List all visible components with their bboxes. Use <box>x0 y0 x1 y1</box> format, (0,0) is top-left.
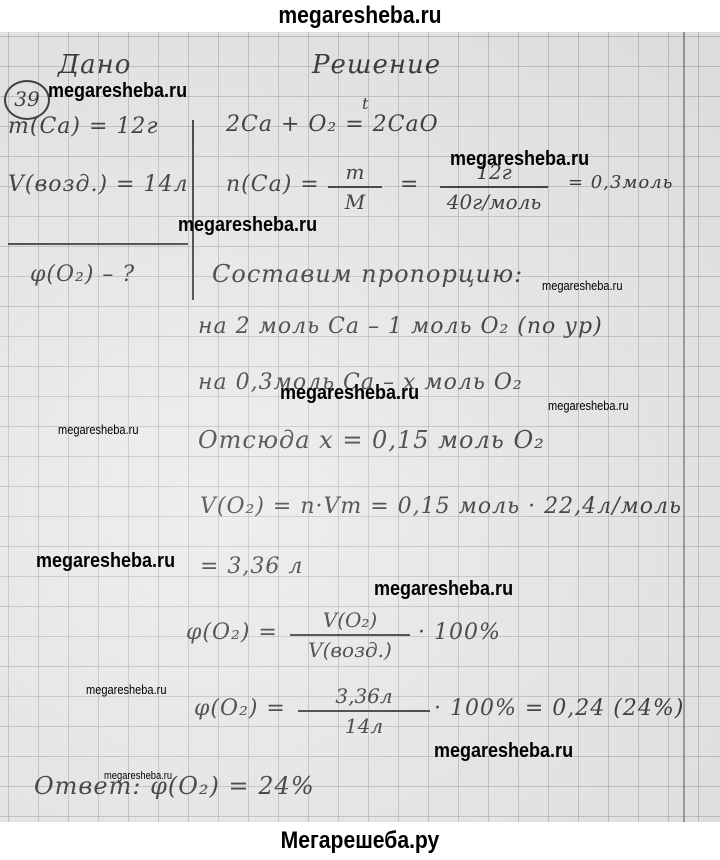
watermark: megaresheba.ru <box>280 382 419 405</box>
reaction-condition: t <box>362 94 369 113</box>
moles-lhs: n(Ca) = <box>226 172 320 197</box>
watermark: megaresheba.ru <box>86 682 166 697</box>
site-header: megaresheba.ru <box>43 0 677 32</box>
hence-result: Отсюда x = 0,15 моль O₂ <box>198 426 545 454</box>
moles-formula-fraction: m M <box>328 160 382 214</box>
watermark: megaresheba.ru <box>374 578 513 601</box>
given-title: Дано <box>58 50 131 80</box>
answer: Ответ: φ(O₂) = 24% <box>34 772 315 800</box>
fraction-formula-lhs: φ(O₂) = <box>186 620 278 645</box>
watermark: megaresheba.ru <box>58 422 138 437</box>
fraction-formula-tail: · 100% <box>418 620 501 645</box>
given-mass: m(Ca) = 12г <box>8 114 159 139</box>
watermark: megaresheba.ru <box>178 214 317 237</box>
given-divider-vertical <box>192 120 194 300</box>
given-volume: V(возд.) = 14л <box>8 172 188 197</box>
watermark: megaresheba.ru <box>48 80 187 103</box>
site-footer: Мегарешеба.ру <box>43 822 677 860</box>
notebook-page: 39 Дано Решение m(Ca) = 12г V(возд.) = 1… <box>0 32 720 822</box>
calc-tail: · 100% = 0,24 (24%) <box>434 696 684 721</box>
calc-lhs: φ(O₂) = <box>194 696 286 721</box>
moles-eq: = <box>400 172 419 197</box>
solution-title: Решение <box>312 50 441 80</box>
watermark: megaresheba.ru <box>434 740 573 763</box>
moles-result: = 0,3моль <box>568 172 673 193</box>
volume-result: = 3,36 л <box>200 554 303 579</box>
reaction-equation: 2Ca + O₂ = 2CaO <box>226 112 439 137</box>
fraction-formula: V(O₂) V(возд.) <box>290 608 410 662</box>
proportion-title: Составим пропорцию: <box>212 260 523 288</box>
calc-fraction: 3,36л 14л <box>298 684 430 738</box>
watermark: megaresheba.ru <box>548 398 628 413</box>
volume-calculation: V(O₂) = n·Vm = 0,15 моль · 22,4л/моль <box>200 494 682 519</box>
watermark: megaresheba.ru <box>450 148 589 171</box>
find-quantity: φ(O₂) – ? <box>30 262 135 287</box>
given-divider-horizontal <box>8 243 188 245</box>
watermark: megaresheba.ru <box>104 770 172 782</box>
proportion-line-1: на 2 моль Ca – 1 моль O₂ (по ур) <box>198 314 603 339</box>
watermark: megaresheba.ru <box>36 550 175 573</box>
watermark: megaresheba.ru <box>542 278 622 293</box>
